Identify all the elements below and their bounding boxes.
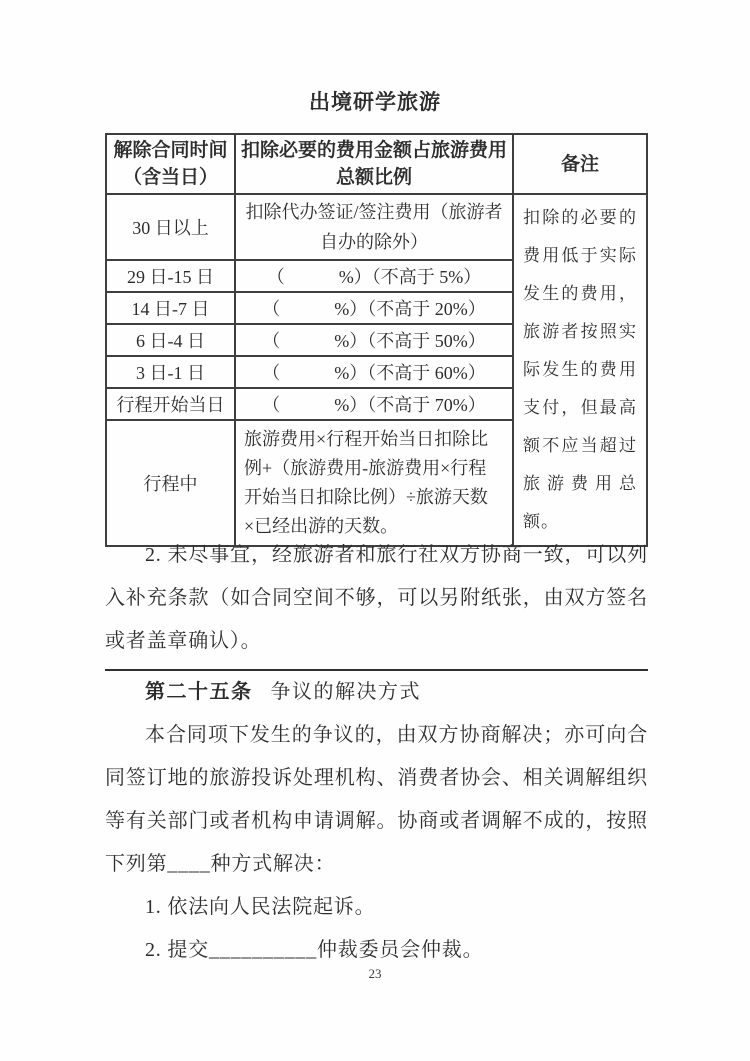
cell-deduction-formula: 旅游费用×行程开始当日扣除比 例+（旅游费用-旅游费用×行程 开始当日扣除比例）… bbox=[235, 420, 513, 546]
column-header-deduction-ratio: 扣除必要的费用金额占旅游费用 总额比例 bbox=[235, 134, 513, 194]
cell-deduction: （ %）（不高于 5%） bbox=[235, 260, 513, 292]
cell-time: 行程中 bbox=[106, 420, 235, 546]
cancellation-fee-table: 解除合同时间 （含当日） 扣除必要的费用金额占旅游费用 总额比例 备注 30 日… bbox=[105, 133, 648, 547]
supplement-paragraph: 2. 未尽事宜，经旅游者和旅行社双方协商一致，可以列入补充条款（如合同空间不够，… bbox=[105, 534, 648, 663]
table-row: 30 日以上 扣除代办签证/签注费用（旅游者 自办的除外） 扣除的必要的费用低于… bbox=[106, 194, 647, 260]
body-content: 2. 未尽事宜，经旅游者和旅行社双方协商一致，可以列入补充条款（如合同空间不够，… bbox=[105, 534, 648, 972]
page-number: 23 bbox=[0, 966, 750, 982]
cell-deduction: 扣除代办签证/签注费用（旅游者 自办的除外） bbox=[235, 194, 513, 260]
clause-number: 第二十五条 bbox=[145, 681, 253, 703]
cell-remark: 扣除的必要的费用低于实际发生的费用，旅游者按照实际发生的费用支付，但最高额不应当… bbox=[513, 194, 647, 546]
cell-deduction: （ %）（不高于 70%） bbox=[235, 388, 513, 420]
cell-time: 6 日-4 日 bbox=[106, 324, 235, 356]
cell-time: 29 日-15 日 bbox=[106, 260, 235, 292]
cell-deduction: （ %）（不高于 60%） bbox=[235, 356, 513, 388]
column-header-remark: 备注 bbox=[513, 134, 647, 194]
cell-time: 行程开始当日 bbox=[106, 388, 235, 420]
clause-item-court: 1. 依法向人民法院起诉。 bbox=[105, 886, 648, 929]
clause-title: 争议的解决方式 bbox=[271, 681, 422, 703]
cell-time: 14 日-7 日 bbox=[106, 292, 235, 324]
cell-time: 30 日以上 bbox=[106, 194, 235, 260]
contract-page: 出境研学旅游 解除合同时间 （含当日） 扣除必要的费用金额占旅游费用 总额比例 … bbox=[0, 0, 750, 1061]
cell-deduction: （ %）（不高于 50%） bbox=[235, 324, 513, 356]
document-title: 出境研学旅游 bbox=[0, 86, 750, 116]
table-header-row: 解除合同时间 （含当日） 扣除必要的费用金额占旅游费用 总额比例 备注 bbox=[106, 134, 647, 194]
column-header-termination-time: 解除合同时间 （含当日） bbox=[106, 134, 235, 194]
cell-time: 3 日-1 日 bbox=[106, 356, 235, 388]
cell-deduction: （ %）（不高于 20%） bbox=[235, 292, 513, 324]
clause-body-paragraph: 本合同项下发生的争议的，由双方协商解决；亦可向合同签订地的旅游投诉处理机构、消费… bbox=[105, 714, 648, 886]
clause-heading: 第二十五条争议的解决方式 bbox=[105, 671, 648, 714]
